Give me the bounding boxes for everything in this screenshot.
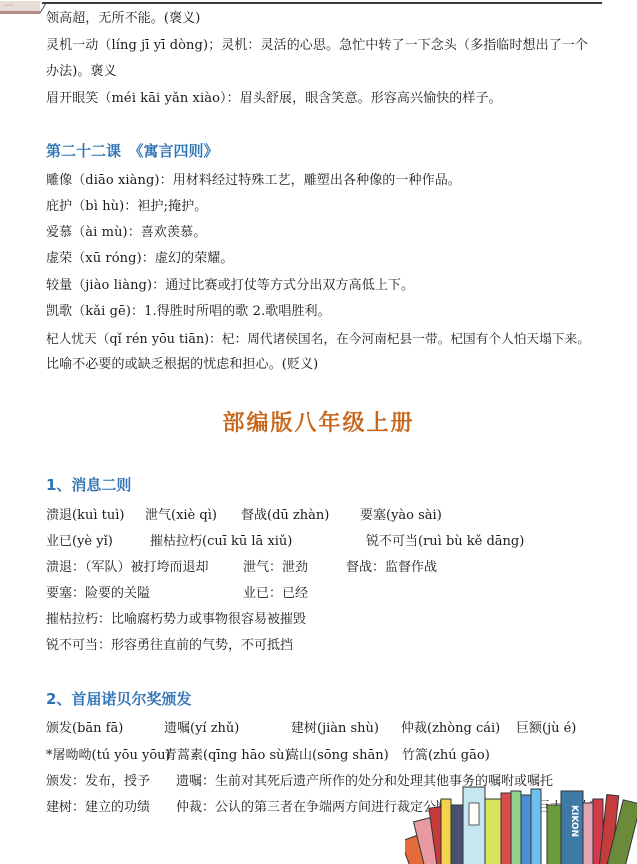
- pinyin-xieqi: 泄气(xiè qì): [145, 508, 217, 524]
- section2-title: 2、首届诺贝尔奖颁发: [46, 690, 191, 708]
- def-yaosai: 要塞：险要的关隘: [46, 586, 150, 602]
- entry-meikaiyanxiao: 眉开眼笑（méi kāi yǎn xiào）：眉头舒展，眼含笑意。形容高兴愉快的…: [46, 91, 502, 107]
- pinyin-ruibukedang: 锐不可当(ruì bù kě dāng): [366, 534, 524, 550]
- entry-kaige: 凯歌（kǎi gē)：1.得胜时所唱的歌 2.歌唱胜利。: [46, 304, 331, 320]
- pinyin-jue: 巨额(jù é): [516, 721, 576, 737]
- corner-decoration: [0, 0, 46, 14]
- pinyin-qinghaosu: 青蒿素(qīng hāo sù): [164, 748, 290, 764]
- def-cuikulaxiu: 摧枯拉朽：比喻腐朽势力或事物很容易被摧毁: [46, 612, 306, 628]
- entry-linjiyidong: 灵机一动（líng jī yī dòng)；灵机：灵活的心思。急忙中转了一下念头…: [46, 38, 588, 54]
- lesson22-title: 第二十二课 《寓言四则》: [46, 142, 219, 160]
- entry-xurong: 虚荣（xū róng)：虚幻的荣耀。: [46, 251, 233, 267]
- pinyin-zhugao: 竹篙(zhú gāo): [402, 748, 490, 764]
- entry-qirenyoutian-cont: 比喻不必要的或缺乏根据的忧虑和担心。(贬义): [46, 357, 318, 373]
- pinyin-jianshu: 建树(jiàn shù): [291, 721, 379, 737]
- entry-qirenyoutian: 杞人忧天（qǐ rén yōu tiān)：杞：周代诸侯国名，在今河南杞县一带。…: [46, 331, 590, 347]
- entry-linjiyidong-cont: 办法)。褒义: [46, 64, 117, 80]
- continuation-text: 领高超，无所不能。(褒义): [46, 11, 200, 27]
- pinyin-tuyouyou: *屠呦呦(tú yōu yōu): [46, 748, 171, 764]
- def-banfa: 颁发：发布，授予: [46, 774, 150, 790]
- pinyin-duzhan: 督战(dū zhàn): [241, 508, 329, 524]
- header-rule: [42, 2, 602, 4]
- pinyin-banfa: 颁发(bān fā): [46, 721, 123, 737]
- pinyin-kuitui: 溃退(kuì tuì): [46, 508, 124, 524]
- bookshelf-illustration: KIKON: [405, 785, 637, 864]
- entry-bihu: 庇护（bì hù)：袒护;掩护。: [46, 199, 207, 215]
- pinyin-songshan: 嵩山(sōng shān): [286, 748, 389, 764]
- pinyin-yizhu: 遗嘱(yí zhǔ): [164, 721, 239, 737]
- def-duzhan: 督战：监督作战: [346, 560, 437, 576]
- pinyin-yaosai: 要塞(yào sài): [360, 508, 442, 524]
- def-xieqi: 泄气：泄劲: [243, 560, 308, 576]
- pinyin-zhongcai: 仲裁(zhòng cái): [401, 721, 500, 737]
- section1-title: 1、消息二则: [46, 476, 131, 494]
- def-jianshu: 建树：建立的功绩: [46, 800, 150, 816]
- def-ruibukedang: 锐不可当：形容勇往直前的气势，不可抵挡: [46, 638, 293, 654]
- entry-diaoxiang: 雕像（diāo xiàng)：用材料经过特殊工艺，雕塑出各种像的一种作品。: [46, 173, 461, 189]
- book-spine-text: KIKON: [569, 805, 579, 837]
- volume-title: 部编版八年级上册: [46, 406, 591, 437]
- entry-aimu: 爱慕（ài mù)：喜欢羡慕。: [46, 225, 206, 241]
- pinyin-cuikulaxiu: 摧枯拉朽(cuī kū lā xiǔ): [150, 534, 292, 550]
- def-yeyi: 业已：已经: [243, 586, 308, 602]
- pinyin-yeyi: 业已(yè yǐ): [46, 534, 113, 550]
- entry-jiaoliang: 较量（jiào liàng)：通过比赛或打仗等方式分出双方高低上下。: [46, 278, 414, 294]
- def-kuitui: 溃退：（军队）被打垮而退却: [46, 560, 209, 576]
